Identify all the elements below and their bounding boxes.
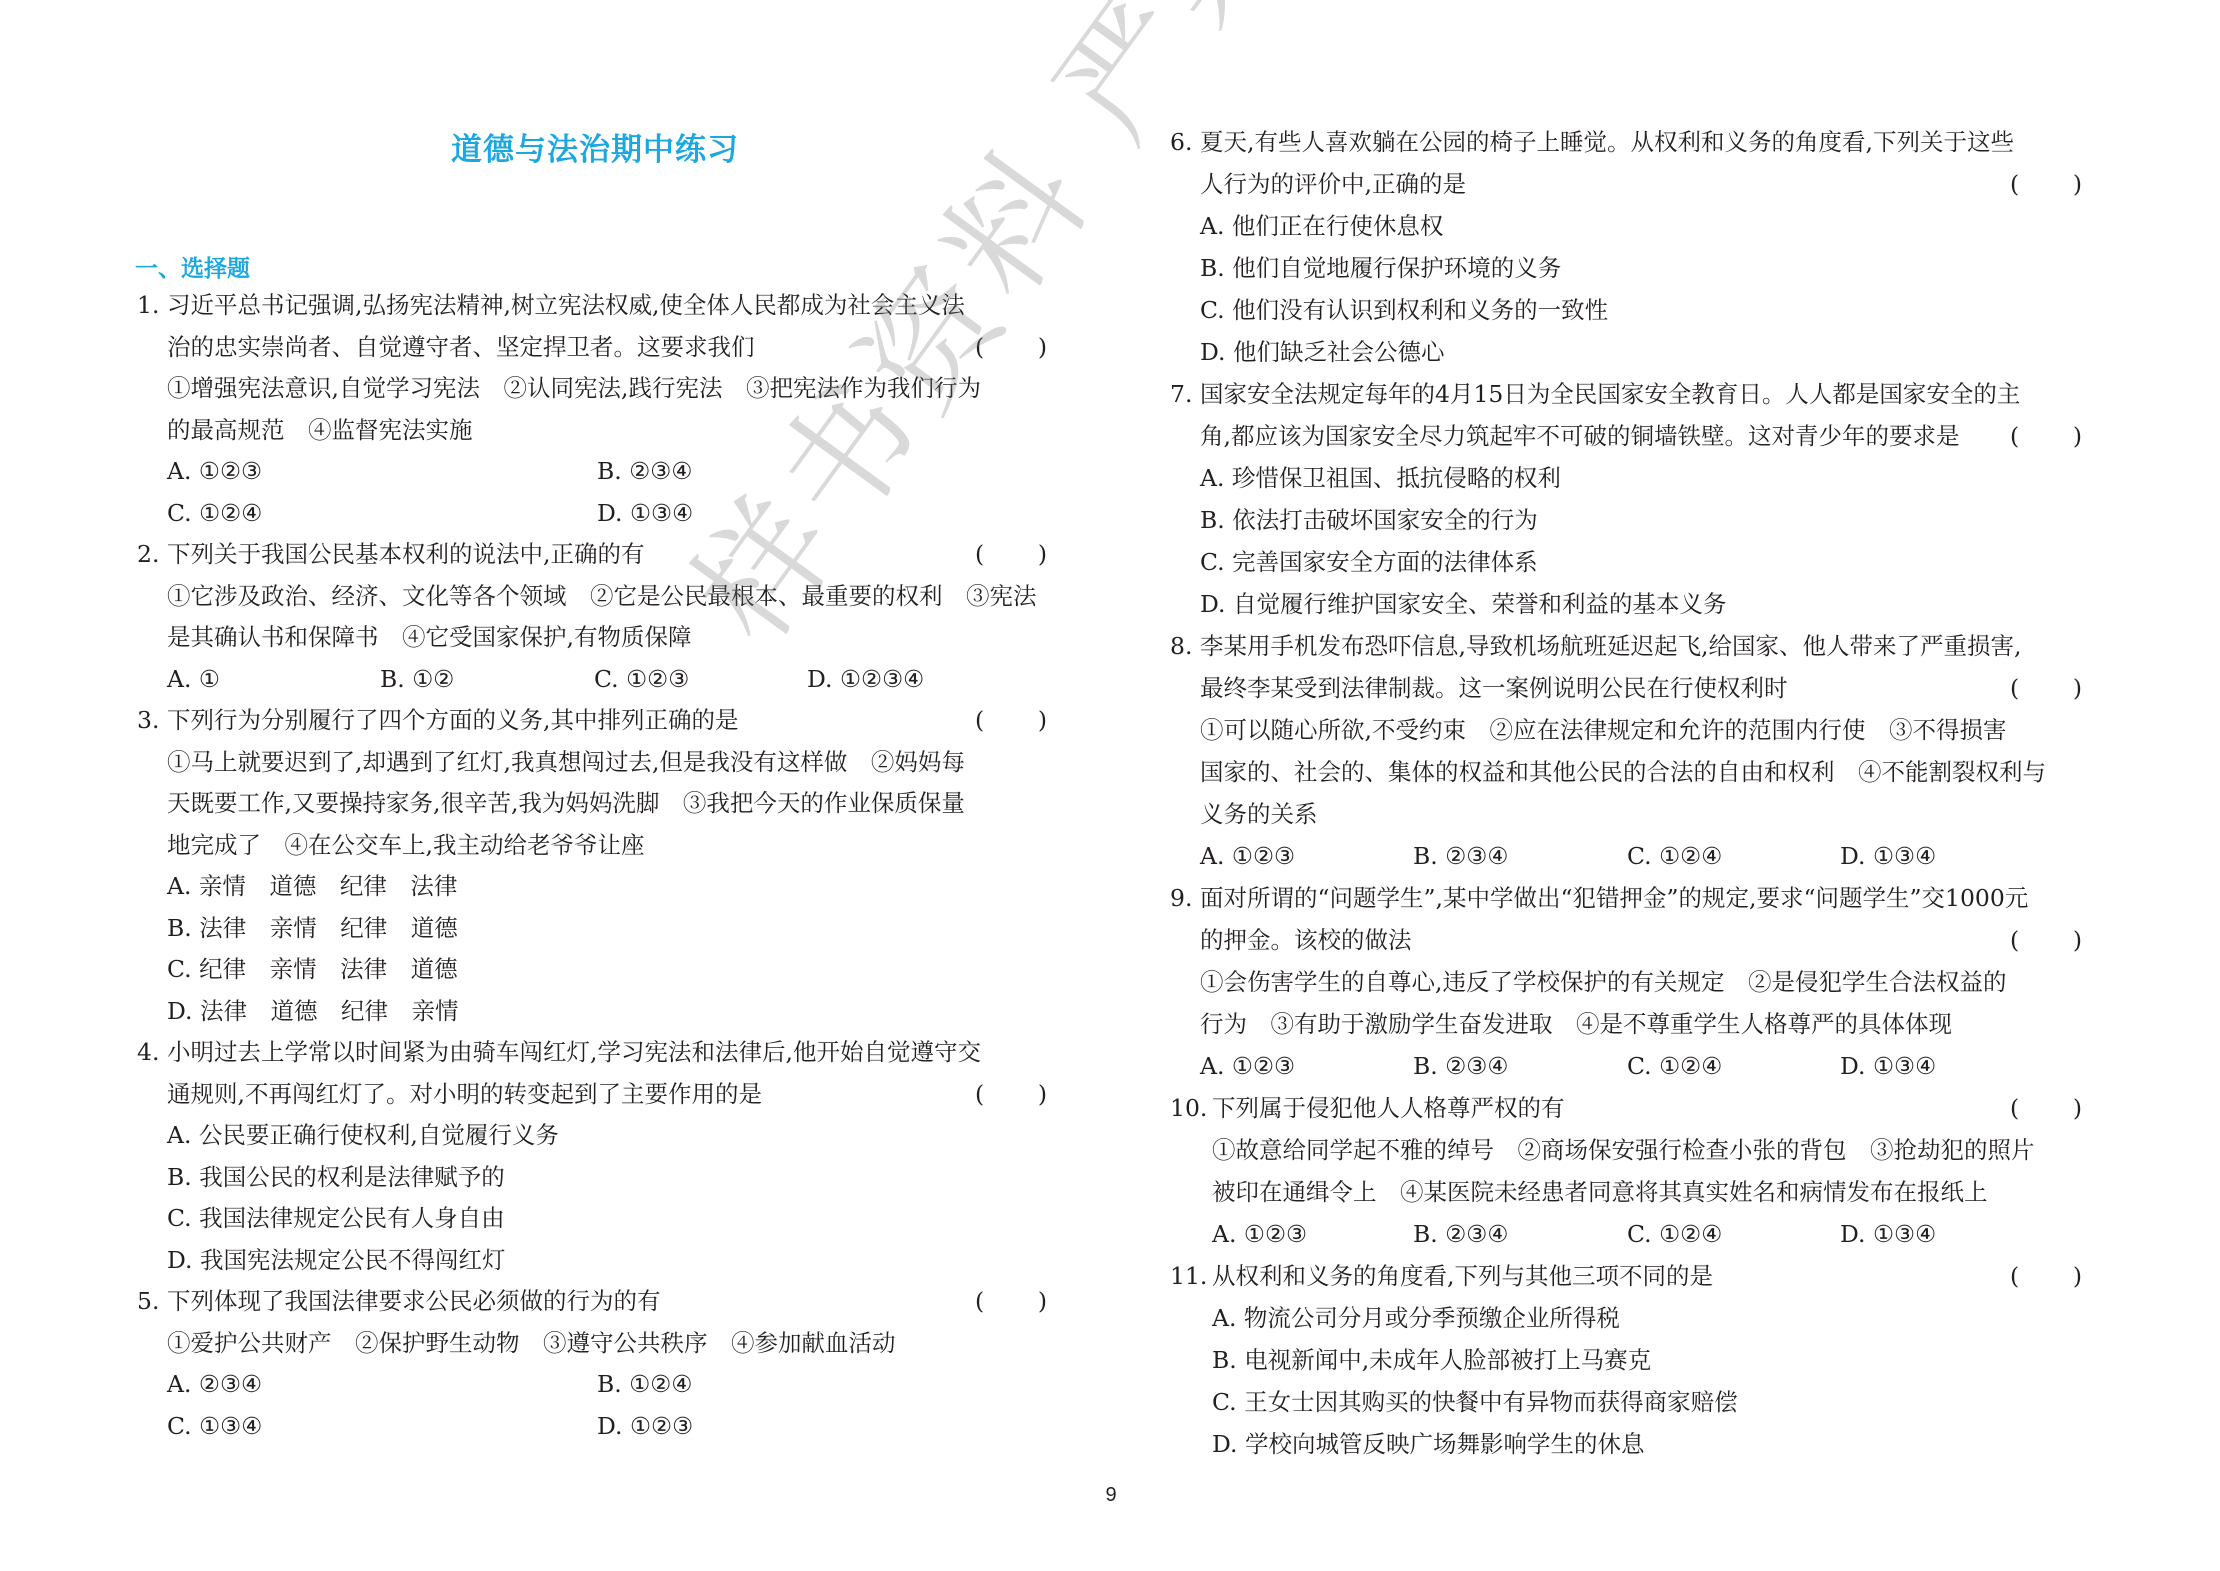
option-d[interactable]: D. ①②③④ bbox=[807, 659, 924, 701]
page-number: 9 bbox=[1100, 1484, 1122, 1507]
option-d[interactable]: D. ①③④ bbox=[1840, 1214, 1936, 1256]
option-a[interactable]: A. ①②③ bbox=[1200, 836, 1295, 878]
option-d[interactable]: D. ①③④ bbox=[597, 493, 693, 535]
question-8: 8. 李某用手机发布恐吓信息,导致机场航班延迟起飞,给国家、他人带来了严重损害, bbox=[1170, 626, 2085, 668]
question-number: 5. bbox=[137, 1281, 159, 1323]
option-a[interactable]: A. 珍惜保卫祖国、抵抗侵略的权利 bbox=[1200, 458, 1561, 500]
question-3: 3. 下列行为分别履行了四个方面的义务,其中排列正确的是 () bbox=[137, 700, 1050, 742]
option-b[interactable]: B. 他们自觉地履行保护环境的义务 bbox=[1200, 248, 1561, 290]
answer-blank[interactable]: () bbox=[975, 534, 1047, 576]
question-number: 10. bbox=[1170, 1088, 1207, 1130]
question-stem: 李某用手机发布恐吓信息,导致机场航班延迟起飞,给国家、他人带来了严重损害, bbox=[1200, 626, 2021, 668]
question-5: 5. 下列体现了我国法律要求公民必须做的行为的有 () bbox=[137, 1281, 1050, 1323]
answer-blank[interactable]: () bbox=[2010, 668, 2082, 710]
section-heading: 一、选择题 bbox=[135, 250, 250, 283]
question-4: 4. 小明过去上学常以时间紧为由骑车闯红灯,学习宪法和法律后,他开始自觉遵守交 bbox=[137, 1032, 1050, 1074]
statement: 国家的、社会的、集体的权益和其他公民的合法的自由和权利 ④不能割裂权利与 bbox=[1200, 752, 2046, 794]
answer-blank[interactable]: () bbox=[975, 327, 1047, 369]
statement: 地完成了 ④在公交车上,我主动给老爷爷让座 bbox=[167, 825, 644, 867]
option-d[interactable]: D. 自觉履行维护国家安全、荣誉和利益的基本义务 bbox=[1200, 584, 1726, 626]
answer-blank[interactable]: () bbox=[2010, 1088, 2082, 1130]
option-c[interactable]: C. 完善国家安全方面的法律体系 bbox=[1200, 542, 1538, 584]
option-d[interactable]: D. 学校向城管反映广场舞影响学生的休息 bbox=[1212, 1424, 1644, 1466]
question-stem: 下列关于我国公民基本权利的说法中,正确的有 bbox=[167, 534, 644, 576]
statement: ①会伤害学生的自尊心,违反了学校保护的有关规定 ②是侵犯学生合法权益的 bbox=[1200, 962, 2006, 1004]
question-stem: 夏天,有些人喜欢躺在公园的椅子上睡觉。从权利和义务的角度看,下列关于这些 bbox=[1200, 122, 2014, 164]
option-b[interactable]: B. 法律 亲情 纪律 道德 bbox=[167, 908, 458, 950]
question-number: 3. bbox=[137, 700, 159, 742]
statement: ①爱护公共财产 ②保护野生动物 ③遵守公共秩序 ④参加献血活动 bbox=[167, 1323, 896, 1365]
question-7: 7. 国家安全法规定每年的4月15日为全民国家安全教育日。人人都是国家安全的主 bbox=[1170, 374, 2085, 416]
statement: 是其确认书和保障书 ④它受国家保护,有物质保障 bbox=[167, 617, 691, 659]
question-stem: 人行为的评价中,正确的是 bbox=[1200, 164, 1466, 206]
option-a[interactable]: A. ①②③ bbox=[1200, 1046, 1295, 1088]
question-stem: 下列行为分别履行了四个方面的义务,其中排列正确的是 bbox=[167, 700, 738, 742]
answer-blank[interactable]: () bbox=[2010, 1256, 2082, 1298]
option-c[interactable]: C. ①②④ bbox=[1627, 1214, 1722, 1256]
question-stem: 的押金。该校的做法 bbox=[1200, 920, 1412, 962]
option-a[interactable]: A. ①②③ bbox=[167, 451, 262, 493]
question-stem: 最终李某受到法律制裁。这一案例说明公民在行使权利时 bbox=[1200, 668, 1788, 710]
question-number: 4. bbox=[137, 1032, 159, 1074]
right-column: 6. 夏天,有些人喜欢躺在公园的椅子上睡觉。从权利和义务的角度看,下列关于这些 … bbox=[1170, 122, 2085, 1466]
option-b[interactable]: B. ②③④ bbox=[1413, 1046, 1508, 1088]
question-stem: 治的忠实崇尚者、自觉遵守者、坚定捍卫者。这要求我们 bbox=[167, 327, 755, 369]
option-d[interactable]: D. 他们缺乏社会公德心 bbox=[1200, 332, 1444, 374]
option-a[interactable]: A. ①②③ bbox=[1212, 1214, 1307, 1256]
option-a[interactable]: A. ②③④ bbox=[167, 1364, 262, 1406]
question-number: 7. bbox=[1170, 374, 1192, 416]
statement: ①马上就要迟到了,却遇到了红灯,我真想闯过去,但是我没有这样做 ②妈妈每 bbox=[167, 742, 965, 784]
option-b[interactable]: B. ②③④ bbox=[1413, 1214, 1508, 1256]
option-c[interactable]: C. ①②④ bbox=[1627, 836, 1722, 878]
option-c[interactable]: C. ①②③ bbox=[594, 659, 689, 701]
statement: 的最高规范 ④监督宪法实施 bbox=[167, 410, 473, 452]
option-a[interactable]: A. 公民要正确行使权利,自觉履行义务 bbox=[167, 1115, 559, 1157]
option-c[interactable]: C. 他们没有认识到权利和义务的一致性 bbox=[1200, 290, 1608, 332]
question-stem: 通规则,不再闯红灯了。对小明的转变起到了主要作用的是 bbox=[167, 1074, 762, 1116]
statement: 义务的关系 bbox=[1200, 794, 1318, 836]
option-c[interactable]: C. ①③④ bbox=[167, 1406, 262, 1448]
answer-blank[interactable]: () bbox=[2010, 416, 2082, 458]
option-c[interactable]: C. ①②④ bbox=[1627, 1046, 1722, 1088]
option-a[interactable]: A. 亲情 道德 纪律 法律 bbox=[167, 866, 457, 908]
option-a[interactable]: A. ① bbox=[167, 659, 220, 701]
option-a[interactable]: A. 物流公司分月或分季预缴企业所得税 bbox=[1212, 1298, 1620, 1340]
option-b[interactable]: B. ②③④ bbox=[1413, 836, 1508, 878]
option-b[interactable]: B. ①② bbox=[380, 659, 454, 701]
answer-blank[interactable]: () bbox=[2010, 164, 2082, 206]
question-stem: 下列属于侵犯他人人格尊严权的有 bbox=[1212, 1088, 1565, 1130]
answer-blank[interactable]: () bbox=[975, 700, 1047, 742]
option-b[interactable]: B. ①②④ bbox=[597, 1364, 692, 1406]
statement: ①可以随心所欲,不受约束 ②应在法律规定和允许的范围内行使 ③不得损害 bbox=[1200, 710, 2006, 752]
statement: ①故意给同学起不雅的绰号 ②商场保安强行检查小张的背包 ③抢劫犯的照片 bbox=[1212, 1130, 2035, 1172]
option-a[interactable]: A. 他们正在行使休息权 bbox=[1200, 206, 1443, 248]
answer-blank[interactable]: () bbox=[975, 1074, 1047, 1116]
option-d[interactable]: D. 法律 道德 纪律 亲情 bbox=[167, 991, 458, 1033]
option-c[interactable]: C. 我国法律规定公民有人身自由 bbox=[167, 1198, 505, 1240]
question-stem: 面对所谓的“问题学生”,某中学做出“犯错押金”的规定,要求“问题学生”交1000… bbox=[1200, 878, 2028, 920]
option-b[interactable]: B. ②③④ bbox=[597, 451, 692, 493]
option-b[interactable]: B. 依法打击破坏国家安全的行为 bbox=[1200, 500, 1538, 542]
option-c[interactable]: C. 纪律 亲情 法律 道德 bbox=[167, 949, 458, 991]
question-number: 6. bbox=[1170, 122, 1192, 164]
question-stem: 习近平总书记强调,弘扬宪法精神,树立宪法权威,使全体人民都成为社会主义法 bbox=[167, 285, 965, 327]
left-column: 1. 习近平总书记强调,弘扬宪法精神,树立宪法权威,使全体人民都成为社会主义法 … bbox=[137, 285, 1050, 1447]
question-number: 8. bbox=[1170, 626, 1192, 668]
option-b[interactable]: B. 电视新闻中,未成年人脸部被打上马赛克 bbox=[1212, 1340, 1651, 1382]
question-2: 2. 下列关于我国公民基本权利的说法中,正确的有 () bbox=[137, 534, 1050, 576]
page-title: 道德与法治期中练习 bbox=[0, 124, 1190, 170]
statement: ①增强宪法意识,自觉学习宪法 ②认同宪法,践行宪法 ③把宪法作为我们行为 bbox=[167, 368, 981, 410]
answer-blank[interactable]: () bbox=[2010, 920, 2082, 962]
question-number: 9. bbox=[1170, 878, 1192, 920]
answer-blank[interactable]: () bbox=[975, 1281, 1047, 1323]
question-1: 1. 习近平总书记强调,弘扬宪法精神,树立宪法权威,使全体人民都成为社会主义法 bbox=[137, 285, 1050, 327]
statement: 被印在通缉令上 ④某医院未经患者同意将其真实姓名和病情发布在报纸上 bbox=[1212, 1172, 1988, 1214]
option-d[interactable]: D. ①③④ bbox=[1840, 1046, 1936, 1088]
statement: 行为 ③有助于激励学生奋发进取 ④是不尊重学生人格尊严的具体体现 bbox=[1200, 1004, 1952, 1046]
question-number: 11. bbox=[1170, 1256, 1207, 1298]
question-stem: 小明过去上学常以时间紧为由骑车闯红灯,学习宪法和法律后,他开始自觉遵守交 bbox=[167, 1032, 981, 1074]
option-c[interactable]: C. 王女士因其购买的快餐中有异物而获得商家赔偿 bbox=[1212, 1382, 1738, 1424]
option-d[interactable]: D. 我国宪法规定公民不得闯红灯 bbox=[167, 1240, 505, 1282]
question-10: 10. 下列属于侵犯他人人格尊严权的有 () bbox=[1170, 1088, 2085, 1130]
option-d[interactable]: D. ①③④ bbox=[1840, 836, 1936, 878]
question-11: 11. 从权利和义务的角度看,下列与其他三项不同的是 () bbox=[1170, 1256, 2085, 1298]
question-number: 2. bbox=[137, 534, 159, 576]
statement: 天既要工作,又要操持家务,很辛苦,我为妈妈洗脚 ③我把今天的作业保质保量 bbox=[167, 783, 965, 825]
question-stem: 从权利和义务的角度看,下列与其他三项不同的是 bbox=[1212, 1256, 1713, 1298]
question-9: 9. 面对所谓的“问题学生”,某中学做出“犯错押金”的规定,要求“问题学生”交1… bbox=[1170, 878, 2085, 920]
option-d[interactable]: D. ①②③ bbox=[597, 1406, 693, 1448]
option-c[interactable]: C. ①②④ bbox=[167, 493, 262, 535]
question-stem: 下列体现了我国法律要求公民必须做的行为的有 bbox=[167, 1281, 661, 1323]
option-b[interactable]: B. 我国公民的权利是法律赋予的 bbox=[167, 1157, 505, 1199]
statement: ①它涉及政治、经济、文化等各个领域 ②它是公民最根本、最重要的权利 ③宪法 bbox=[167, 576, 1037, 618]
question-6: 6. 夏天,有些人喜欢躺在公园的椅子上睡觉。从权利和义务的角度看,下列关于这些 bbox=[1170, 122, 2085, 164]
question-number: 1. bbox=[137, 285, 159, 327]
question-stem: 角,都应该为国家安全尽力筑起牢不可破的铜墙铁壁。这对青少年的要求是 bbox=[1200, 416, 1959, 458]
question-stem: 国家安全法规定每年的4月15日为全民国家安全教育日。人人都是国家安全的主 bbox=[1200, 374, 2020, 416]
